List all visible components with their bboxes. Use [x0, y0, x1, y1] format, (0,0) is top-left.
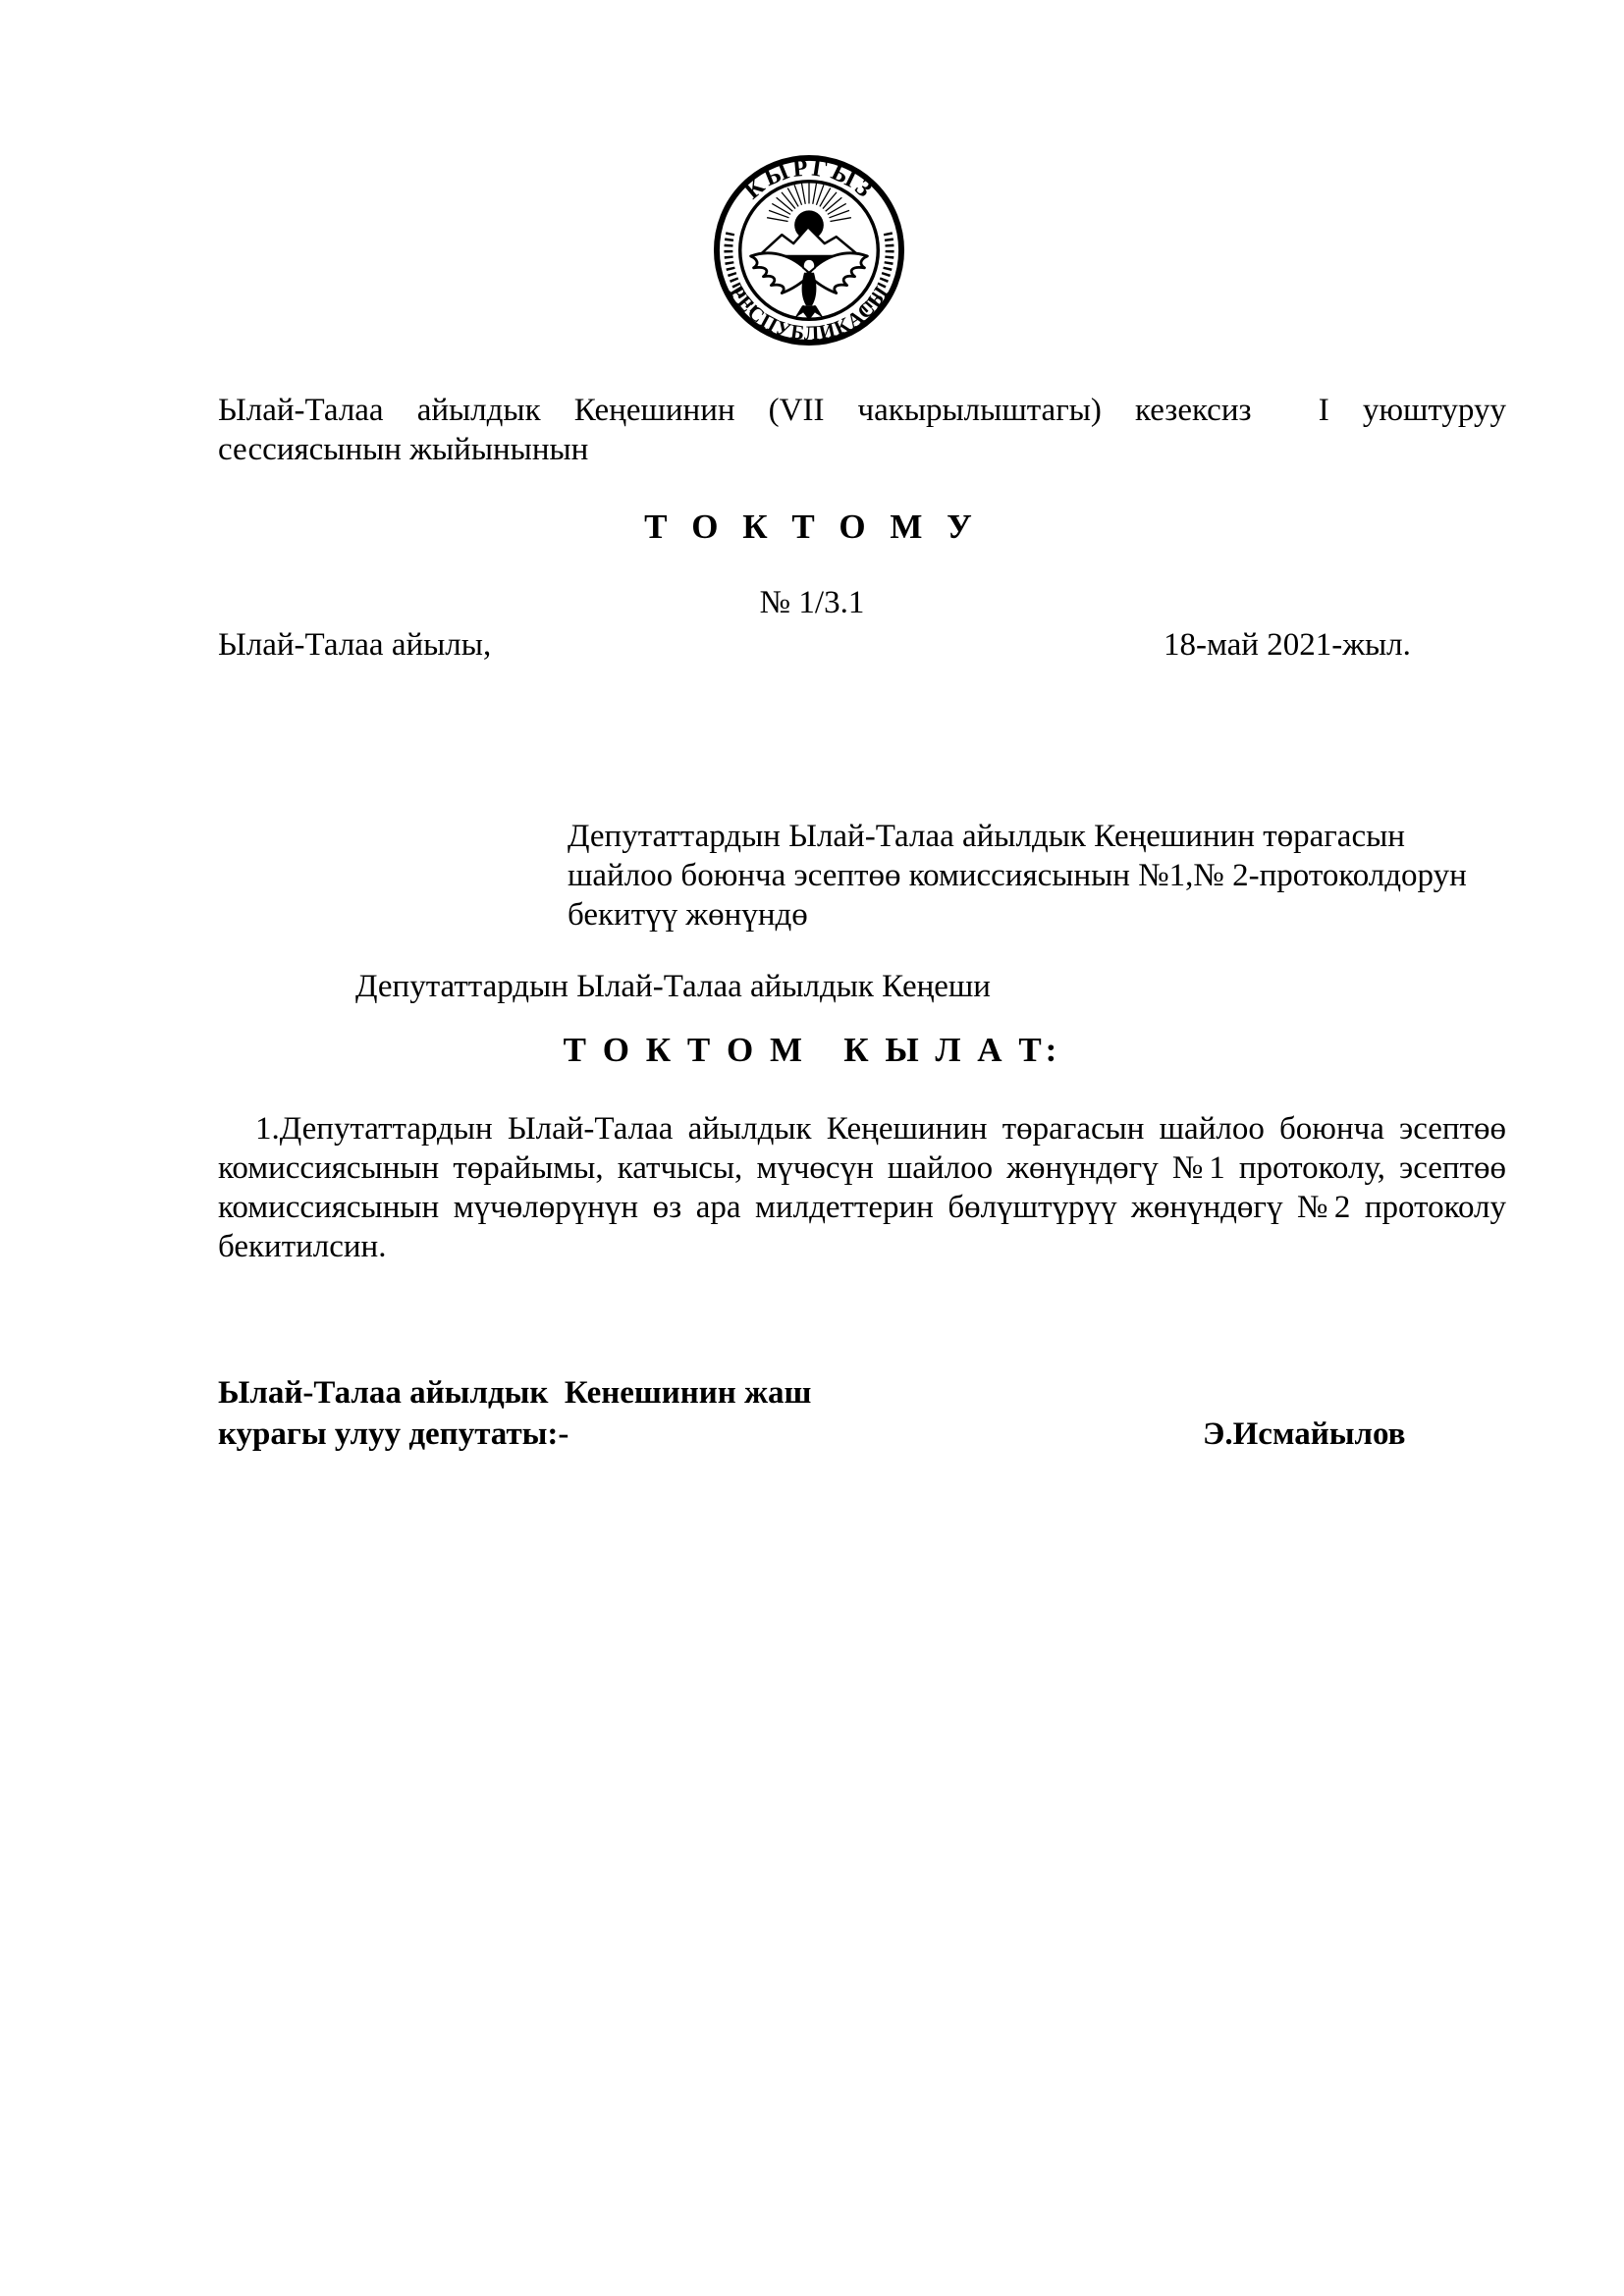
body-line: комиссиясынын мүчөлөрүнүн өз ара милдетт… [218, 1188, 1506, 1227]
subject-line: бекитүү жөнүндө [568, 895, 1510, 934]
signature-block: Ылай-Талаа айылдык Кенешинин жаш курагы … [218, 1372, 1506, 1455]
kyrgyz-republic-seal-icon: КЫРГЫЗ РЕСПУБЛИКАСЫ [712, 153, 906, 347]
subject-paragraph: Депутаттардын Ылай-Талаа айылдык Кеңешин… [568, 817, 1510, 934]
body-line: комиссиясынын төрайымы, катчысы, мүчөсүн… [218, 1148, 1506, 1188]
body-paragraph: 1.Депутаттардын Ылай-Талаа айылдык Кеңеш… [218, 1109, 1506, 1266]
decree-document-page: КЫРГЫЗ РЕСПУБЛИКАСЫ [0, 0, 1624, 2296]
signature-role-line: Ылай-Талаа айылдык Кенешинин жаш [218, 1372, 1506, 1414]
signature-name: Э.Исмайылов [1203, 1414, 1406, 1455]
header-line: сессиясынын жыйынынын [218, 430, 1506, 469]
date-line: 18-май 2021-жыл. [1164, 625, 1411, 665]
body-line: 1.Депутаттардын Ылай-Талаа айылдык Кеңеш… [218, 1109, 1506, 1148]
subject-line: Депутаттардын Ылай-Талаа айылдык Кеңешин… [568, 817, 1510, 856]
body-line: бекитилсин. [218, 1227, 1506, 1266]
decree-title: Т О К Т О М У [644, 507, 980, 546]
subject-line: шайлоо боюнча эсептөө комиссиясынын №1,№… [568, 856, 1510, 895]
header-line: Ылай-Талаа айылдык Кеңешинин (VII чакыры… [218, 391, 1506, 430]
decree-number: № 1/3.1 [0, 583, 1624, 622]
header-paragraph: Ылай-Талаа айылдык Кеңешинин (VII чакыры… [218, 391, 1506, 469]
resolution-heading: Т О К Т О М К Ы Л А Т: [564, 1031, 1061, 1069]
council-line: Депутаттардын Ылай-Талаа айылдык Кеңеши [355, 967, 991, 1006]
place-line: Ылай-Талаа айылы, [218, 625, 491, 665]
state-emblem: КЫРГЫЗ РЕСПУБЛИКАСЫ [712, 153, 906, 347]
place-date-row: Ылай-Талаа айылы, 18-май 2021-жыл. [218, 625, 1506, 665]
